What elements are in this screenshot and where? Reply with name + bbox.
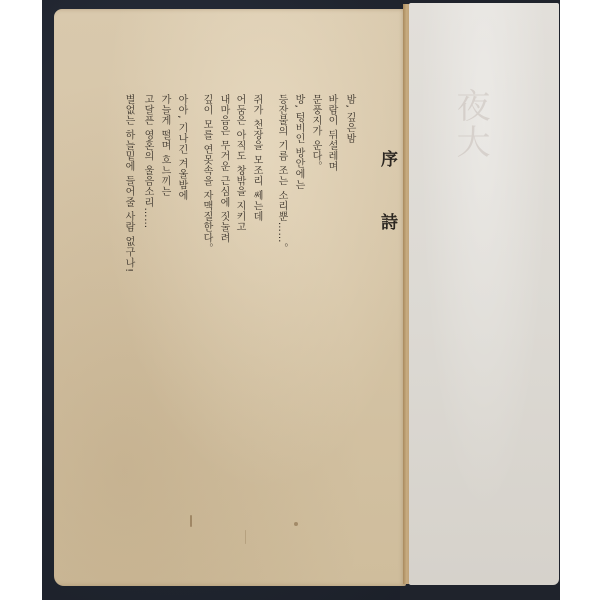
poem-heading: 序詩	[375, 150, 400, 276]
right-page-show-through-text: 夜大	[451, 88, 489, 160]
poem-line: 등잔불의 기름 조는 소리뿐……。	[275, 94, 287, 254]
poem-line: 아아, 기나긴 겨울밤에	[175, 94, 187, 201]
poem-line: 내마음은 무거운 근심에 짓눌려	[217, 94, 229, 243]
poem-line: 어둠은 아직도 창밖을 지키고	[233, 94, 245, 233]
poem-line: 별없는 하늘밑에 들어줄 사람 없구나!	[122, 94, 134, 273]
poem-line: 방, 텅비인 방안에는	[292, 94, 304, 190]
poem-line: 쥐가 천장을 모조리 쎄는데	[250, 94, 262, 222]
paper-stain	[294, 522, 298, 526]
paper-stain	[190, 515, 192, 527]
poem-line: 고달픈 영혼의 울음소리……	[141, 94, 153, 229]
poem-line: 밤, 깊은밤	[343, 94, 355, 144]
poem-line: 바람이 뒤설레며	[325, 94, 337, 172]
poem-line: 깊이 모를 연못속을 자맥질한다。	[200, 94, 212, 254]
poem-line: 가늘게 떨며 흐느끼는	[158, 94, 170, 197]
poem-line: 문풍지가 운다。	[309, 94, 321, 172]
paper-stain	[245, 530, 246, 544]
